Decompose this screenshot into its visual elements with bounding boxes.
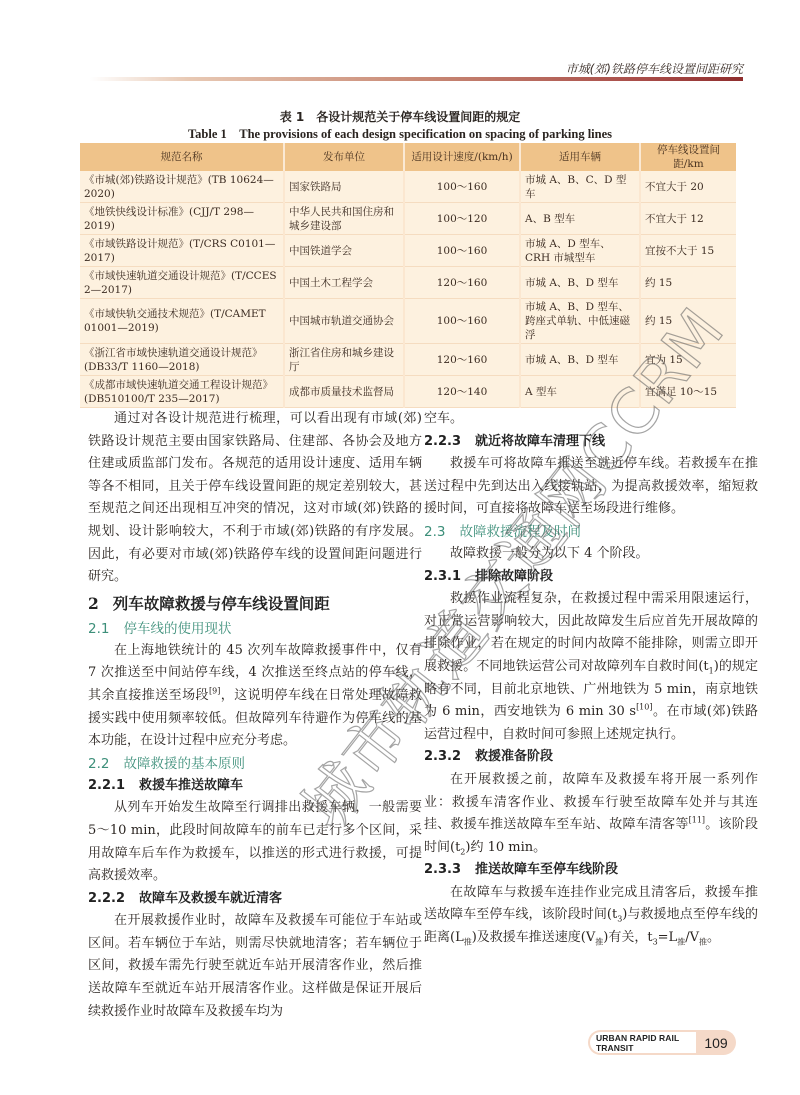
paragraph-2-3: 故障救援一般分为以下 4 个阶段。	[424, 543, 758, 566]
section-heading-2-3-3: 2.3.3推送故障车至停车线阶段	[424, 859, 758, 882]
paragraph-2-3-3: 在故障车与救援车连挂作业完成且清客后，救援车推送故障车至停车线，该阶段时间(t3…	[424, 882, 758, 950]
cell-spacing: 宜为 15	[640, 344, 736, 376]
table-header: 规范名称	[80, 143, 284, 171]
paragraph-2-3-2: 在开展救援之前，故障车及救援车将开展一系列作业：救援车清客作业、救援车行驶至故障…	[424, 769, 758, 859]
cell-spacing: 约 15	[640, 299, 736, 344]
table-row: 《市域铁路设计规范》(T/CRS C0101—2017) 中国铁道学会 100～…	[80, 235, 736, 267]
cell-spec: 《地铁快线设计标准》(CJJ/T 298—2019)	[80, 203, 284, 235]
section-heading-2-3-1: 2.3.1排除故障阶段	[424, 566, 758, 589]
section-number: 2.3.1	[424, 566, 461, 589]
cell-spacing: 宜按不大于 15	[640, 235, 736, 267]
citation-ref: [11]	[689, 816, 705, 825]
cell-vehicle: A 型车	[520, 376, 640, 408]
section-title: 故障救援流程及时间	[459, 524, 581, 540]
section-title: 就近将故障车清理下线	[475, 434, 605, 449]
cell-speed: 120～160	[404, 344, 520, 376]
section-title: 故障车及救援车就近清客	[139, 891, 282, 906]
table-row: 《地铁快线设计标准》(CJJ/T 298—2019) 中华人民共和国住房和城乡建…	[80, 203, 736, 235]
page-number: 109	[696, 1035, 736, 1051]
section-heading-2-2-2: 2.2.2故障车及救援车就近清客	[88, 888, 422, 911]
journal-name: URBAN RAPID RAIL TRANSIT	[590, 1032, 696, 1053]
section-title: 停车线的使用现状	[123, 621, 231, 637]
table-row: 《市域快轨交通技术规范》(T/CAMET 01001—2019) 中国城市轨道交…	[80, 299, 736, 344]
section-title: 推送故障车至停车线阶段	[475, 862, 618, 877]
section-number: 2.2.2	[88, 888, 125, 911]
table-row: 《成都市域快速轨道交通工程设计规范》(DB510100/T 235—2017) …	[80, 376, 736, 408]
paragraph-2-3-1: 救援作业流程复杂，在救援过程中需采用限速运行，对正常运营影响较大，因此故障发生后…	[424, 588, 758, 746]
section-heading-2-3-2: 2.3.2救援准备阶段	[424, 746, 758, 769]
section-heading-2-3: 2.3故障救援流程及时间	[424, 521, 758, 543]
section-number: 2.1	[88, 618, 109, 640]
cell-speed: 100～160	[404, 299, 520, 344]
table-header: 发布单位	[284, 143, 404, 171]
cell-vehicle: 市城 A、D 型车、CRH 市城型车	[520, 235, 640, 267]
cell-vehicle: 市城 A、B、D 型车	[520, 344, 640, 376]
citation-ref: [10]	[636, 703, 652, 712]
cell-vehicle: 市城 A、B、D 型车	[520, 267, 640, 299]
section-number: 2.3.2	[424, 746, 461, 769]
section-number: 2.3.3	[424, 859, 461, 882]
cell-vehicle: A、B 型车	[520, 203, 640, 235]
section-heading-2-1: 2.1停车线的使用现状	[88, 618, 422, 640]
table-caption-en: Table 1 The provisions of each design sp…	[0, 124, 800, 142]
section-number: 2.2.1	[88, 775, 125, 798]
table-header-row: 规范名称 发布单位 适用设计速度/(km/h) 适用车辆 停车线设置间距/km	[80, 143, 736, 171]
running-head: 市城(郊)铁路停车线设置间距研究	[0, 60, 743, 77]
cell-issuer: 中国铁道学会	[284, 235, 404, 267]
cell-issuer: 成都市质量技术监督局	[284, 376, 404, 408]
paragraph-2-2-3: 救援车可将故障车推送至就近停车线。若救援车在推送过程中先到达出入线接轨站，为提高…	[424, 453, 758, 521]
section-title: 故障救援的基本原则	[123, 756, 245, 772]
section-heading-2-2: 2.2故障救援的基本原则	[88, 753, 422, 775]
cell-speed: 120～140	[404, 376, 520, 408]
cell-spacing: 不宜大于 12	[640, 203, 736, 235]
cell-spec: 《市城(郊)铁路设计规范》(TB 10624—2020)	[80, 171, 284, 203]
table-header: 停车线设置间距/km	[640, 143, 736, 171]
paragraph-2-2-2: 在开展救援作业时，故障车及救援车可能位于车站或区间。若车辆位于车站，则需尽快就地…	[88, 910, 422, 1023]
cell-speed: 100～160	[404, 235, 520, 267]
section-heading-2: 2列车故障救援与停车线设置间距	[88, 590, 422, 617]
paragraph-2-1: 在上海地铁统计的 45 次列车故障救援事件中，仅有 7 次推送至中间站停车线，4…	[88, 640, 422, 753]
continued-text: 空车。	[424, 408, 758, 431]
section-heading-2-2-3: 2.2.3就近将故障车清理下线	[424, 431, 758, 454]
table-row: 《市域快速轨道交通设计规范》(T/CCES 2—2017) 中国土木工程学会 1…	[80, 267, 736, 299]
section-number: 2.2	[88, 753, 109, 775]
cell-issuer: 国家铁路局	[284, 171, 404, 203]
cell-vehicle: 市城 A、B、D 型车、跨座式单轨、中低速磁浮	[520, 299, 640, 344]
cell-issuer: 浙江省住房和城乡建设厅	[284, 344, 404, 376]
section-title: 救援车推送故障车	[139, 778, 243, 793]
cell-issuer: 中华人民共和国住房和城乡建设部	[284, 203, 404, 235]
spec-table: 规范名称 发布单位 适用设计速度/(km/h) 适用车辆 停车线设置间距/km …	[80, 143, 736, 408]
section-number: 2.3	[424, 521, 445, 543]
intro-paragraph: 通过对各设计规范进行梳理，可以看出现有市域(郊)铁路设计规范主要由国家铁路局、住…	[88, 408, 422, 589]
section-heading-2-2-1: 2.2.1救援车推送故障车	[88, 775, 422, 798]
section-title: 排除故障阶段	[475, 569, 553, 584]
cell-spec: 《市域铁路设计规范》(T/CRS C0101—2017)	[80, 235, 284, 267]
paragraph-2-2-1: 从列车开始发生故障至行调排出救援车辆，一般需要 5～10 min，此段时间故障车…	[88, 797, 422, 887]
cell-spec: 《浙江省市域快速轨道交通设计规范》(DB33/T 1160—2018)	[80, 344, 284, 376]
cell-issuer: 中国土木工程学会	[284, 267, 404, 299]
footer-journal-badge: URBAN RAPID RAIL TRANSIT 109	[588, 1030, 736, 1055]
section-title: 列车故障救援与停车线设置间距	[113, 594, 330, 613]
cell-speed: 120～160	[404, 267, 520, 299]
cell-spec: 《成都市域快速轨道交通工程设计规范》(DB510100/T 235—2017)	[80, 376, 284, 408]
cell-speed: 100～120	[404, 203, 520, 235]
table-row: 《市城(郊)铁路设计规范》(TB 10624—2020) 国家铁路局 100～1…	[80, 171, 736, 203]
cell-spacing: 约 15	[640, 267, 736, 299]
table-header: 适用车辆	[520, 143, 640, 171]
right-column: 空车。 2.2.3就近将故障车清理下线 救援车可将故障车推送至就近停车线。若救援…	[424, 408, 758, 950]
section-number: 2.2.3	[424, 431, 461, 454]
cell-spacing: 不宜大于 20	[640, 171, 736, 203]
table-caption-cn: 表 1 各设计规范关于停车线设置间距的规定	[0, 108, 800, 125]
cell-vehicle: 市城 A、B、C、D 型车	[520, 171, 640, 203]
cell-spec: 《市域快速轨道交通设计规范》(T/CCES 2—2017)	[80, 267, 284, 299]
cell-issuer: 中国城市轨道交通协会	[284, 299, 404, 344]
table-row: 《浙江省市域快速轨道交通设计规范》(DB33/T 1160—2018) 浙江省住…	[80, 344, 736, 376]
cell-speed: 100～160	[404, 171, 520, 203]
left-column: 通过对各设计规范进行梳理，可以看出现有市域(郊)铁路设计规范主要由国家铁路局、住…	[88, 408, 422, 1023]
section-number: 2	[88, 590, 99, 617]
cell-spec: 《市域快轨交通技术规范》(T/CAMET 01001—2019)	[80, 299, 284, 344]
section-title: 救援准备阶段	[475, 749, 553, 764]
cell-spacing: 宜满足 10～15	[640, 376, 736, 408]
table-header: 适用设计速度/(km/h)	[404, 143, 520, 171]
header-rule	[90, 77, 743, 81]
citation-ref: [9]	[209, 687, 220, 696]
